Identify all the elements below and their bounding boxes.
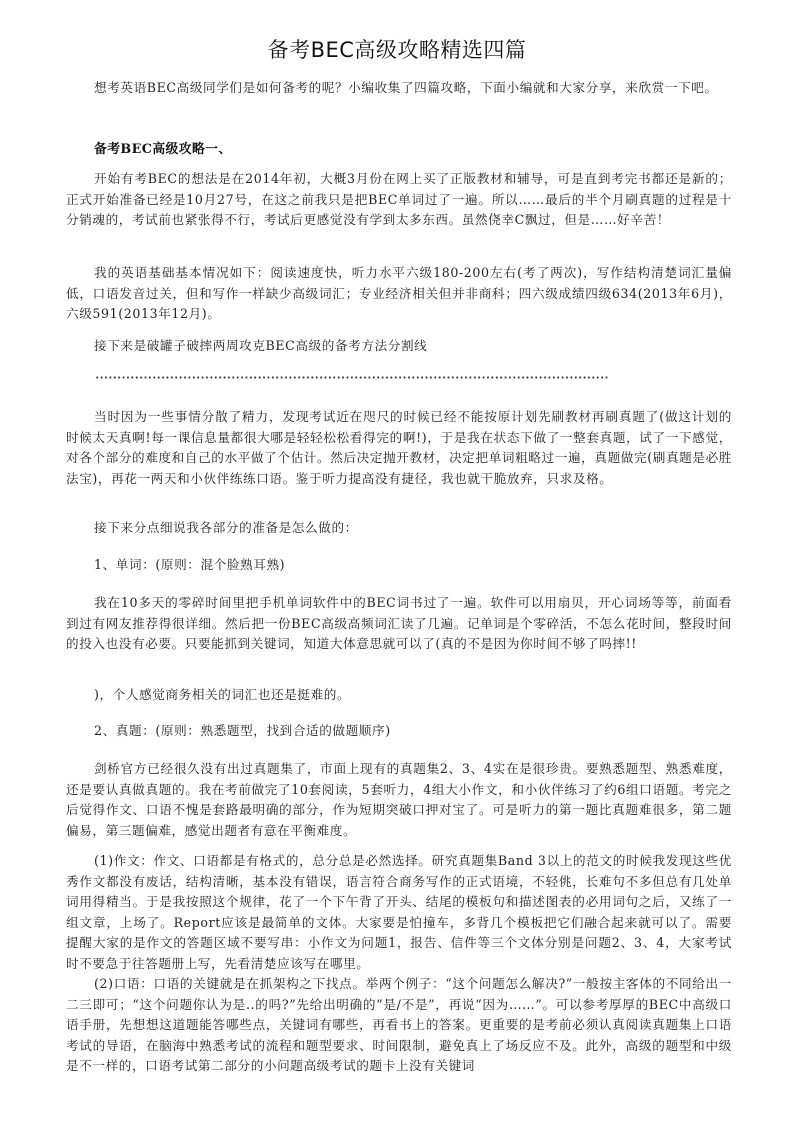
section-heading: 备考BEC高级攻略一、 [94,138,232,157]
paragraph-english-level: 我的英语基础基本情况如下：阅读速度快，听力水平六级180-200左右(考了两次)… [66,263,732,325]
paragraph-vocabulary: 我在10多天的零碎时间里把手机单词软件中的BEC词书过了一遍。软件可以用扇贝，开… [66,593,732,655]
subheading-vocabulary: 1、单词：(原则：混个脸熟耳熟) [66,555,732,576]
subheading-past-papers: 2、真题：(原则：熟悉题型，找到合适的做题顺序) [66,721,732,742]
paragraph-background: 开始有考BEC的想法是在2014年初，大概3月份在网上买了正版教材和辅导，可是直… [66,169,732,231]
document-page: 备考BEC高级攻略精选四篇 想考英语BEC高级同学们是如何备考的呢？小编收集了四… [0,0,794,1123]
paragraph-past-papers: 剑桥官方已经很久没有出过真题集了，市面上现有的真题集2、3、4实在是很珍贵。要熟… [66,759,732,841]
dotted-divider [95,376,609,379]
document-title: 备考BEC高级攻略精选四篇 [0,34,794,64]
paragraph-divider-intro: 接下来是破罐子破摔两周攻克BEC高级的备考方法分割线 [66,336,732,357]
paragraph-vocabulary-continued: )，个人感觉商务相关的词汇也还是挺难的。 [66,685,732,706]
paragraph-speaking: (2)口语：口语的关键就是在抓架构之下找点。举两个例子：“这个问题怎么解决?”一… [66,974,732,1077]
paragraph-writing: (1)作文：作文、口语都是有格式的，总分总是必然选择。研究真题集Band 3以上… [66,851,732,974]
paragraph-sections-intro: 接下来分点细说我各部分的准备是怎么做的： [66,518,732,539]
paragraph-plan: 当时因为一些事情分散了精力，发现考试近在咫尺的时候已经不能按原计划先刷教材再刷真… [66,407,732,489]
intro-paragraph: 想考英语BEC高级同学们是如何备考的呢？小编收集了四篇攻略，下面小编就和大家分享… [66,78,732,99]
